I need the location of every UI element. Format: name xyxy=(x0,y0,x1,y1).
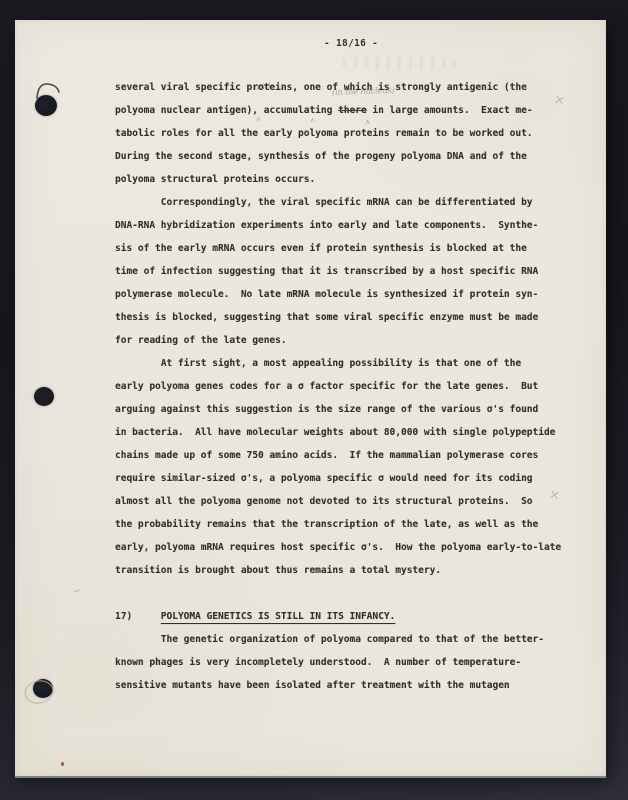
body-text: several viral specific proteins, one of … xyxy=(115,76,595,697)
text-line: require similar-sized σ's, a polyoma spe… xyxy=(115,467,595,490)
text-line: early polyoma genes codes for a σ factor… xyxy=(115,375,595,398)
erased-pencil-smudge xyxy=(339,57,457,70)
text-line: in bacteria. All have molecular weights … xyxy=(115,421,595,444)
section-heading: 17) POLYOMA GENETICS IS STILL IN ITS INF… xyxy=(115,605,595,628)
text-line: transition is brought about thus remains… xyxy=(115,559,595,582)
ink-arc-mark-icon xyxy=(33,80,65,102)
text-line: The genetic organization of polyoma comp… xyxy=(115,628,595,651)
text-line: chains made up of some 750 amino acids. … xyxy=(115,444,595,467)
text-line: DNA-RNA hybridization experiments into e… xyxy=(115,214,595,237)
text-line: early, polyoma mRNA requires host specif… xyxy=(115,536,595,559)
red-speck xyxy=(61,762,64,766)
text-line: sensitive mutants have been isolated aft… xyxy=(115,674,595,697)
text-line: time of infection suggesting that it is … xyxy=(115,260,595,283)
text-line: polyoma nuclear antigen), accumulating t… xyxy=(115,99,595,122)
pencil-circle-mark-icon xyxy=(22,676,58,706)
text-line: several viral specific proteins, one of … xyxy=(115,76,595,99)
text-line: arguing against this suggestion is the s… xyxy=(115,398,595,421)
pencil-squiggle-icon: ∼ xyxy=(72,585,83,598)
text-line: for reading of the late genes. xyxy=(115,329,595,352)
text-line: known phages is very incompletely unders… xyxy=(115,651,595,674)
blank-line xyxy=(115,582,595,605)
text-line: sis of the early mRNA occurs even if pro… xyxy=(115,237,595,260)
text-line: polymerase molecule. No late mRNA molecu… xyxy=(115,283,595,306)
text-line: tabolic roles for all the early polyoma … xyxy=(115,122,595,145)
text-line: thesis is blocked, suggesting that some … xyxy=(115,306,595,329)
text-line: At first sight, a most appealing possibi… xyxy=(115,352,595,375)
punch-hole xyxy=(34,387,54,406)
text-line: polyoma structural proteins occurs. xyxy=(115,168,595,191)
text-line: the probability remains that the transcr… xyxy=(115,513,595,536)
photo-background: - 18/16 - and (in the nucleus) ∧ ∧ ∧ ∧ ×… xyxy=(0,0,628,800)
text-line: Correspondingly, the viral specific mRNA… xyxy=(115,191,595,214)
text-line: almost all the polyoma genome not devote… xyxy=(115,490,595,513)
page-number: - 18/16 - xyxy=(324,37,378,51)
document-page: - 18/16 - and (in the nucleus) ∧ ∧ ∧ ∧ ×… xyxy=(15,20,606,776)
text-line: During the second stage, synthesis of th… xyxy=(115,145,595,168)
